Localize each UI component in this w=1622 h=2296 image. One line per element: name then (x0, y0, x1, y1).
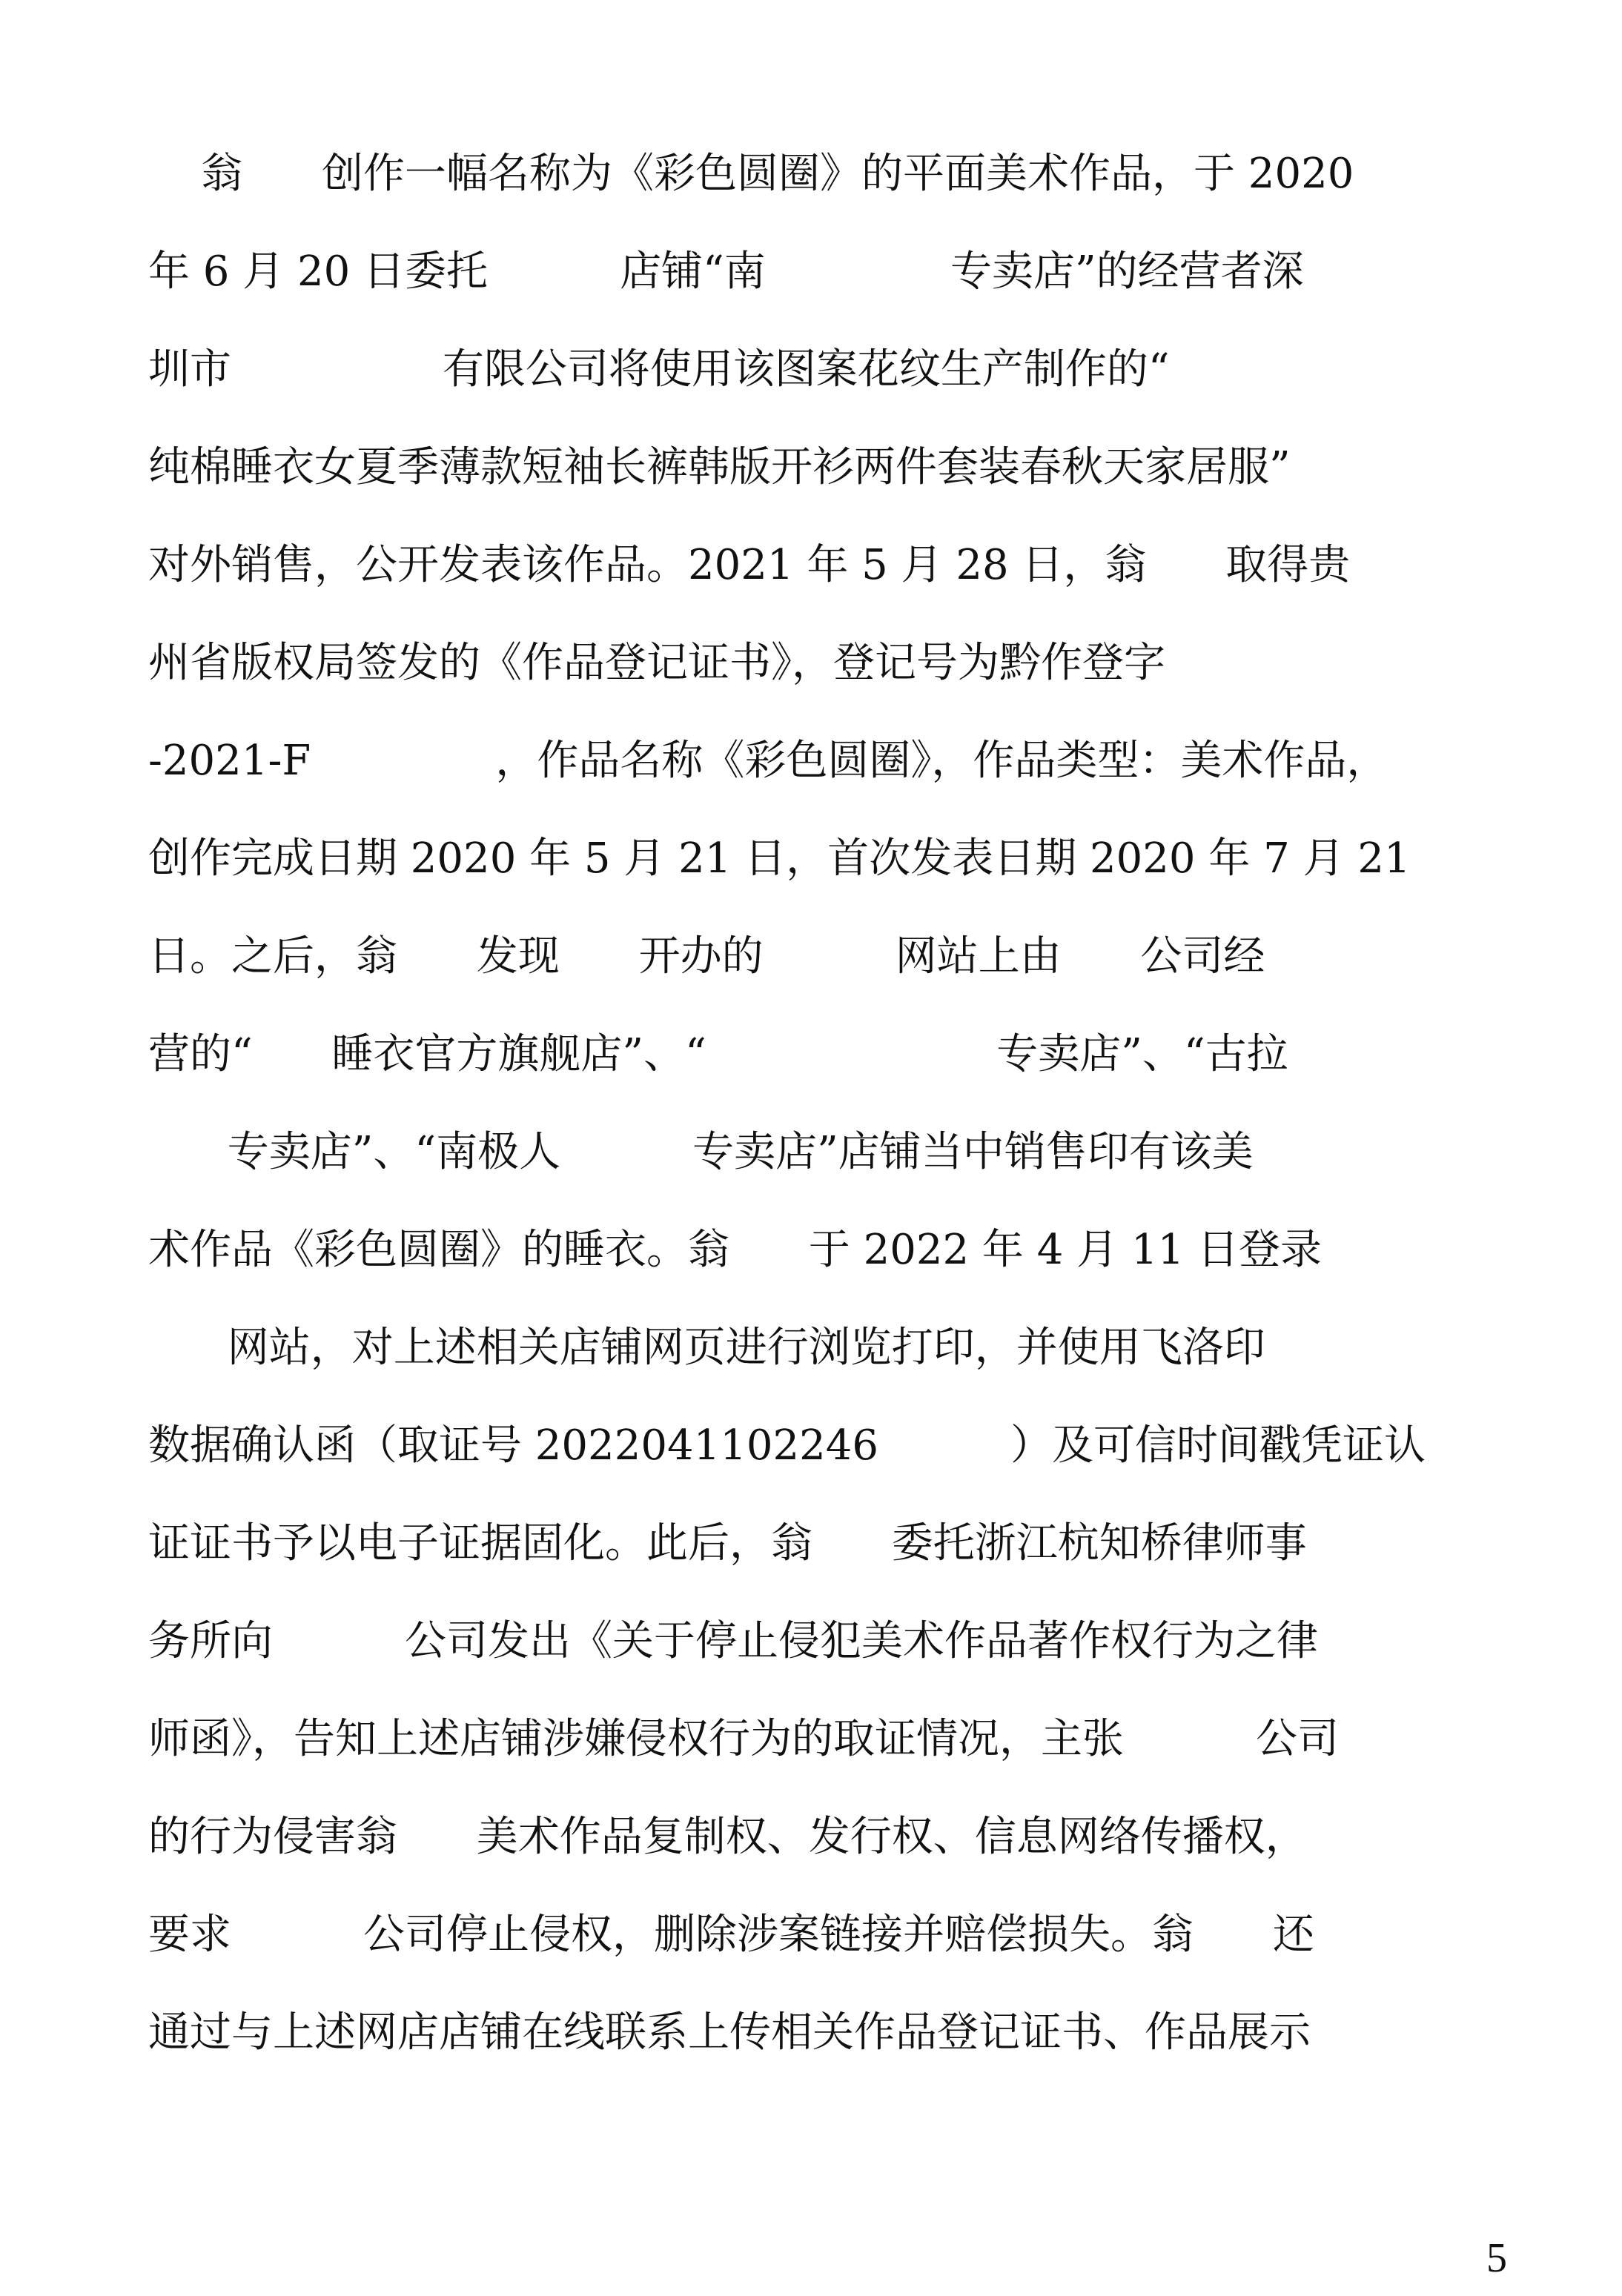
text-line: 网站，对上述相关店铺网页进行浏览打印，并使用飞洛印 (148, 1318, 1527, 1416)
text-line: 的行为侵害翁 美术作品复制权、发行权、信息网络传播权， (148, 1808, 1527, 1905)
text-line: -2021-F ，作品名称《彩色圆圈》，作品类型：美术作品， (148, 731, 1527, 829)
text-line: 证证书予以电子证据固化。此后，翁 委托浙江杭知桥律师事 (148, 1514, 1527, 1612)
text-line: 通过与上述网店店铺在线联系上传相关作品登记证书、作品展示 (148, 2003, 1527, 2101)
text-line: 专卖店”、“南极人 专卖店”店铺当中销售印有该美 (148, 1123, 1527, 1221)
text-line: 要求 公司停止侵权，删除涉案链接并赔偿损失。翁 还 (148, 1905, 1527, 2003)
text-line: 翁 创作一幅名称为《彩色圆圈》的平面美术作品，于 2020 (148, 145, 1527, 242)
text-line: 创作完成日期 2020 年 5 月 21 日，首次发表日期 2020 年 7 月… (148, 829, 1527, 927)
document-page: 翁 创作一幅名称为《彩色圆圈》的平面美术作品，于 2020 年 6 月 20 日… (0, 0, 1622, 2296)
text-line: 日。之后，翁 发现 开办的 网站上由 公司经 (148, 927, 1527, 1025)
text-line: 州省版权局签发的《作品登记证书》，登记号为黔作登字 (148, 634, 1527, 731)
text-line: 圳市 有限公司将使用该图案花纹生产制作的“ (148, 340, 1527, 438)
text-line: 纯棉睡衣女夏季薄款短袖长裤韩版开衫两件套装春秋天家居服” (148, 438, 1527, 536)
text-line: 年 6 月 20 日委托 店铺“南 专卖店”的经营者深 (148, 242, 1527, 340)
text-line: 术作品《彩色圆圈》的睡衣。翁 于 2022 年 4 月 11 日登录 (148, 1221, 1527, 1318)
body-text: 翁 创作一幅名称为《彩色圆圈》的平面美术作品，于 2020 年 6 月 20 日… (148, 145, 1527, 2101)
page-number: 5 (1486, 2234, 1507, 2282)
text-line: 务所向 公司发出《关于停止侵犯美术作品著作权行为之律 (148, 1612, 1527, 1710)
text-line: 数据确认函（取证号 2022041102246 ）及可信时间戳凭证认 (148, 1416, 1527, 1514)
text-line: 师函》，告知上述店铺涉嫌侵权行为的取证情况，主张 公司 (148, 1710, 1527, 1808)
text-line: 营的“ 睡衣官方旗舰店”、“ 专卖店”、“古拉 (148, 1025, 1527, 1123)
text-line: 对外销售，公开发表该作品。2021 年 5 月 28 日，翁 取得贵 (148, 536, 1527, 634)
